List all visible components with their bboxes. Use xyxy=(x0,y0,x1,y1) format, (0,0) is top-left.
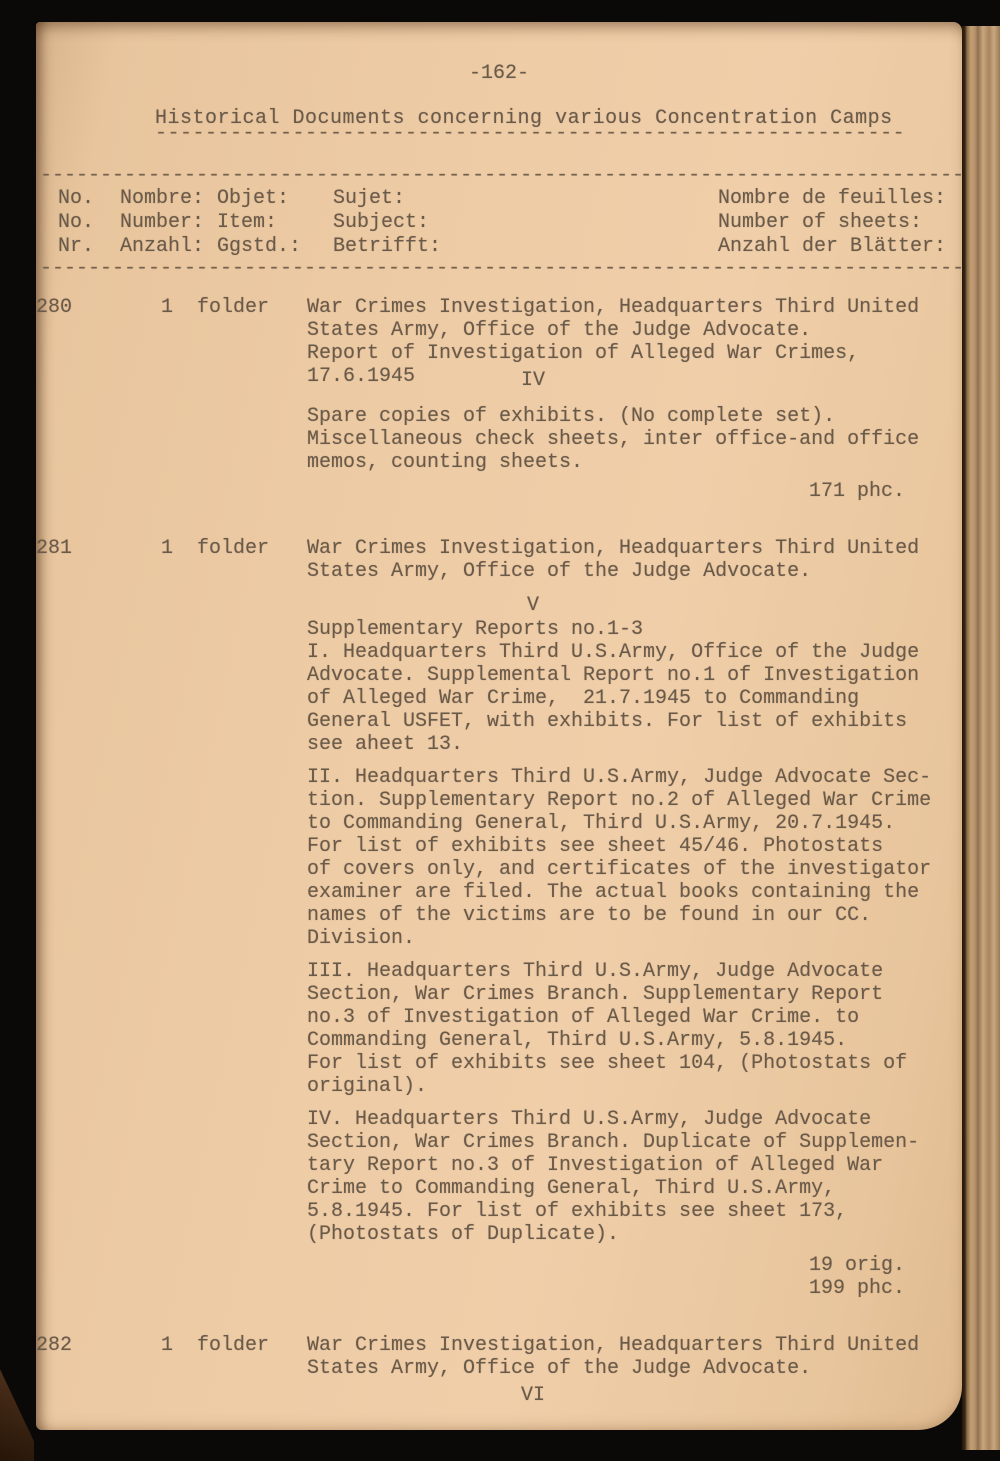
entry-text: examiner are filed. The actual books con… xyxy=(307,881,919,904)
entry-quantity-item: 1 folder xyxy=(161,537,307,560)
entry-text-line: tary Report no.3 of Investigation of All… xyxy=(307,1154,962,1177)
entry-text-line: Section, War Crimes Branch. Duplicate of… xyxy=(307,1131,962,1154)
entry-text-line: names of the victims are to be found in … xyxy=(307,904,962,927)
sheet-count: 19 orig. xyxy=(307,1254,962,1277)
entry-description: War Crimes Investigation, Headquarters T… xyxy=(307,537,962,1300)
entry-text: States Army, Office of the Judge Advocat… xyxy=(307,319,811,342)
table-header-row-1: No.Nombre:Objet:Sujet:Nombre de feuilles… xyxy=(36,187,962,211)
entry-description: War Crimes Investigation, Headquarters T… xyxy=(307,1334,962,1403)
table-header: No.Nombre:Objet:Sujet:Nombre de feuilles… xyxy=(36,187,962,259)
entry-text-line: of covers only, and certificates of the … xyxy=(307,858,962,881)
header-no: No. xyxy=(58,187,120,211)
table-divider-bottom: ----------------------------------------… xyxy=(40,260,964,278)
entry-text-line: Report of Investigation of Alleged War C… xyxy=(307,342,962,365)
entry-text: no.3 of Investigation of Alleged War Cri… xyxy=(307,1006,859,1029)
entry-text-line: examiner are filed. The actual books con… xyxy=(307,881,962,904)
document-title: Historical Documents concerning various … xyxy=(155,107,962,130)
entry-text: For list of exhibits see sheet 45/46. Ph… xyxy=(307,835,883,858)
entry-text-line: Miscellaneous check sheets, inter office… xyxy=(307,428,962,451)
header-sheets: Number of sheets: xyxy=(718,211,962,235)
entry-text: Section, War Crimes Branch. Duplicate of… xyxy=(307,1131,919,1154)
entry-text: Commanding General, Third U.S.Army, 5.8.… xyxy=(307,1029,847,1052)
entry-text-line: VI xyxy=(307,1380,962,1403)
roman-numeral: VI xyxy=(307,1384,759,1407)
entry-text-line: Advocate. Supplemental Report no.1 of In… xyxy=(307,664,962,687)
entry-text: Spare copies of exhibits. (No complete s… xyxy=(307,405,835,428)
title-block: Historical Documents concerning various … xyxy=(155,107,962,141)
entry-text: II. Headquarters Third U.S.Army, Judge A… xyxy=(307,766,931,789)
entry-text: of covers only, and certificates of the … xyxy=(307,858,931,881)
catalog-entry-280: 2801 folderWar Crimes Investigation, Hea… xyxy=(36,296,962,503)
entry-text-line: Section, War Crimes Branch. Supplementar… xyxy=(307,983,962,1006)
book-spine-corner xyxy=(0,1330,34,1461)
entry-text-line: III. Headquarters Third U.S.Army, Judge … xyxy=(307,960,962,983)
entry-number: 282 xyxy=(36,1334,161,1357)
header-sheets: Nombre de feuilles: xyxy=(718,187,962,211)
entry-description: War Crimes Investigation, Headquarters T… xyxy=(307,296,962,503)
entry-text-line: For list of exhibits see sheet 45/46. Ph… xyxy=(307,835,962,858)
entry-text: of Alleged War Crime, 21.7.1945 to Comma… xyxy=(307,687,859,710)
sheet-count: 171 phc. xyxy=(307,480,962,503)
entry-quantity-item: 1 folder xyxy=(161,1334,307,1357)
entry-text: Division. xyxy=(307,927,415,950)
entry-quantity-item: 1 folder xyxy=(161,296,307,319)
entry-text-line: War Crimes Investigation, Headquarters T… xyxy=(307,537,962,560)
entry-text-line: of Alleged War Crime, 21.7.1945 to Comma… xyxy=(307,687,962,710)
header-qty: Number: xyxy=(120,211,217,235)
header-no: No. xyxy=(58,211,120,235)
roman-numeral: IV xyxy=(307,369,759,392)
entry-text-line: 5.8.1945. For list of exhibits see sheet… xyxy=(307,1200,962,1223)
entry-text: to Commanding General, Third U.S.Army, 2… xyxy=(307,812,895,835)
catalog-entries: 2801 folderWar Crimes Investigation, Hea… xyxy=(36,296,962,1403)
roman-numeral: V xyxy=(307,594,759,617)
entry-text: War Crimes Investigation, Headquarters T… xyxy=(307,296,919,319)
header-qty: Anzahl: xyxy=(120,235,217,259)
entry-text-line: II. Headquarters Third U.S.Army, Judge A… xyxy=(307,766,962,789)
entry-text: IV. Headquarters Third U.S.Army, Judge A… xyxy=(307,1108,871,1131)
entry-text: original). xyxy=(307,1075,427,1098)
entry-text-line: States Army, Office of the Judge Advocat… xyxy=(307,1357,962,1380)
table-divider-top: ----------------------------------------… xyxy=(40,167,964,185)
entry-text: States Army, Office of the Judge Advocat… xyxy=(307,1357,811,1380)
header-qty: Nombre: xyxy=(120,187,217,211)
entry-text: 5.8.1945. For list of exhibits see sheet… xyxy=(307,1200,847,1223)
entry-text: Crime to Commanding General, Third U.S.A… xyxy=(307,1177,835,1200)
entry-text-line: IV. Headquarters Third U.S.Army, Judge A… xyxy=(307,1108,962,1131)
catalog-entry-281: 2811 folderWar Crimes Investigation, Hea… xyxy=(36,537,962,1300)
entry-text: III. Headquarters Third U.S.Army, Judge … xyxy=(307,960,883,983)
entry-text: Report of Investigation of Alleged War C… xyxy=(307,342,859,365)
entry-text: Section, War Crimes Branch. Supplementar… xyxy=(307,983,883,1006)
entry-text-line: Supplementary Reports no.1-3 xyxy=(307,618,962,641)
entry-text-line: (Photostats of Duplicate). xyxy=(307,1223,962,1246)
page-number: -162- xyxy=(36,62,962,85)
document-page: -162- Historical Documents concerning va… xyxy=(36,22,962,1430)
entry-text: names of the victims are to be found in … xyxy=(307,904,871,927)
table-header-row-3: Nr.Anzahl:Ggstd.:Betrifft:Anzahl der Blä… xyxy=(36,235,962,259)
entry-text-line: For list of exhibits see sheet 104, (Pho… xyxy=(307,1052,962,1075)
book-page-edges xyxy=(962,26,1000,1450)
spacer xyxy=(307,756,962,766)
header-subject: Sujet: xyxy=(333,187,718,211)
entry-text-line: memos, counting sheets. xyxy=(307,451,962,474)
title-underline: ----------------------------------------… xyxy=(155,130,962,141)
entry-text: States Army, Office of the Judge Advocat… xyxy=(307,560,811,583)
spacer xyxy=(307,1246,962,1254)
header-sheets: Anzahl der Blätter: xyxy=(718,235,962,259)
entry-text-line: Division. xyxy=(307,927,962,950)
entry-text-line: V xyxy=(307,590,962,613)
entry-text: War Crimes Investigation, Headquarters T… xyxy=(307,1334,919,1357)
header-item: Ggstd.: xyxy=(217,235,333,259)
entry-text-line: War Crimes Investigation, Headquarters T… xyxy=(307,296,962,319)
header-item: Objet: xyxy=(217,187,333,211)
entry-text: For list of exhibits see sheet 104, (Pho… xyxy=(307,1052,907,1075)
catalog-entry-282: 2821 folderWar Crimes Investigation, Hea… xyxy=(36,1334,962,1403)
entry-text: tary Report no.3 of Investigation of All… xyxy=(307,1154,883,1177)
scanned-document-photo: -162- Historical Documents concerning va… xyxy=(0,0,1000,1461)
entry-text-line: States Army, Office of the Judge Advocat… xyxy=(307,319,962,342)
header-no: Nr. xyxy=(58,235,120,259)
entry-text-line: to Commanding General, Third U.S.Army, 2… xyxy=(307,812,962,835)
entry-text-line: tion. Supplementary Report no.2 of Alleg… xyxy=(307,789,962,812)
entry-text: Advocate. Supplemental Report no.1 of In… xyxy=(307,664,919,687)
entry-text: War Crimes Investigation, Headquarters T… xyxy=(307,537,919,560)
table-header-row-2: No.Number:Item:Subject:Number of sheets: xyxy=(36,211,962,235)
entry-text: I. Headquarters Third U.S.Army, Office o… xyxy=(307,641,919,664)
entry-text-line: Spare copies of exhibits. (No complete s… xyxy=(307,405,962,428)
entry-text-line: see aheet 13. xyxy=(307,733,962,756)
entry-text-line: I. Headquarters Third U.S.Army, Office o… xyxy=(307,641,962,664)
entry-text-line: States Army, Office of the Judge Advocat… xyxy=(307,560,962,583)
entry-text: tion. Supplementary Report no.2 of Alleg… xyxy=(307,789,931,812)
entry-number: 280 xyxy=(36,296,161,319)
entry-text-line: Commanding General, Third U.S.Army, 5.8.… xyxy=(307,1029,962,1052)
entry-text-line: General USFET, with exhibits. For list o… xyxy=(307,710,962,733)
header-item: Item: xyxy=(217,211,333,235)
entry-text-line: 17.6.1945IV xyxy=(307,365,962,388)
entry-text: see aheet 13. xyxy=(307,733,463,756)
sheet-count: 199 phc. xyxy=(307,1277,962,1300)
header-subject: Betrifft: xyxy=(333,235,718,259)
spacer xyxy=(307,950,962,960)
entry-text: Supplementary Reports no.1-3 xyxy=(307,618,643,641)
entry-text: memos, counting sheets. xyxy=(307,451,583,474)
entry-text-line: War Crimes Investigation, Headquarters T… xyxy=(307,1334,962,1357)
entry-text-line: original). xyxy=(307,1075,962,1098)
entry-number: 281 xyxy=(36,537,161,560)
entry-text-line: no.3 of Investigation of Alleged War Cri… xyxy=(307,1006,962,1029)
entry-text: Miscellaneous check sheets, inter office… xyxy=(307,428,919,451)
spacer xyxy=(307,583,962,590)
spacer xyxy=(307,1098,962,1108)
entry-text: General USFET, with exhibits. For list o… xyxy=(307,710,907,733)
entry-text-line: Crime to Commanding General, Third U.S.A… xyxy=(307,1177,962,1200)
header-subject: Subject: xyxy=(333,211,718,235)
entry-text: (Photostats of Duplicate). xyxy=(307,1223,619,1246)
